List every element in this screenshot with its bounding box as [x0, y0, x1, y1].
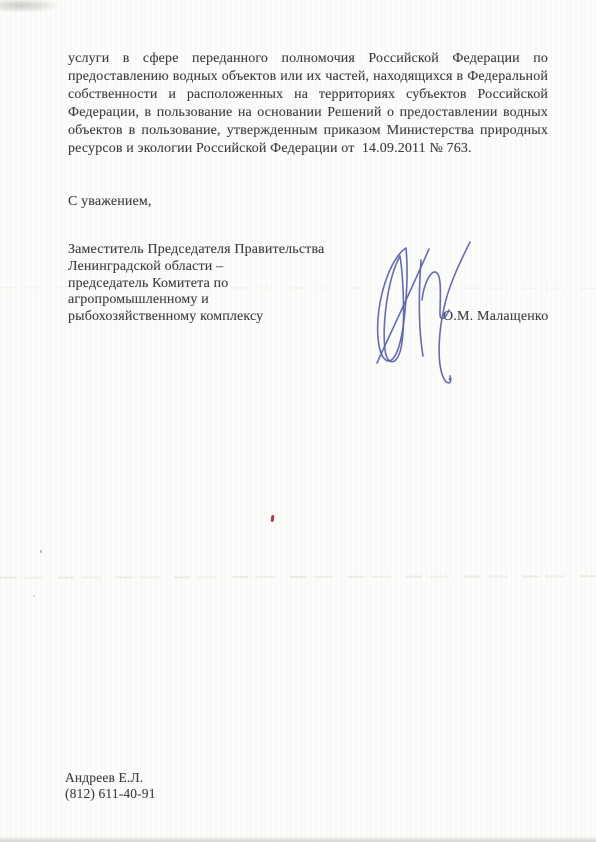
signer-title-line: Заместитель Председателя Правительства: [68, 242, 388, 259]
scan-smudge-icon: [0, 0, 58, 12]
scan-speck: [33, 595, 35, 597]
red-ink-speck: [271, 515, 275, 522]
body-line: предоставлению водных объектов или их ча…: [68, 68, 548, 86]
signer-title-line: рыбохозяйственному комплексу: [68, 309, 388, 326]
executor-phone: (812) 611-40-91: [65, 786, 156, 802]
body-line: услуги в сфере переданного полномочия Ро…: [68, 50, 548, 68]
signer-title-block: Заместитель Председателя Правительства Л…: [68, 242, 388, 326]
scan-speck: [40, 550, 42, 553]
body-line: Федерации, в пользование на основании Ре…: [68, 104, 548, 122]
signer-name: О.М. Малащенко: [443, 309, 548, 325]
body-line: объектов в пользование, утвержденным при…: [68, 122, 548, 140]
signer-title-line: председатель Комитета по: [68, 276, 388, 293]
scanned-letter-page: услуги в сфере переданного полномочия Ро…: [0, 0, 596, 842]
executor-contact-block: Андреев Е.Л. (812) 611-40-91: [65, 770, 156, 802]
letter-body: услуги в сфере переданного полномочия Ро…: [68, 50, 548, 158]
executor-name: Андреев Е.Л.: [65, 770, 156, 786]
body-line-last: ресурсов и экологии Российской Федерации…: [68, 140, 548, 158]
signer-title-line: агропромышленному и: [68, 292, 388, 309]
paper-fold-line-main: [0, 575, 596, 579]
signature-ink-dot: [449, 378, 452, 381]
scan-bottom-edge: [0, 837, 596, 842]
body-line: собственности и расположенных на террито…: [68, 86, 548, 104]
signer-title-line: Ленинградской области –: [68, 259, 388, 276]
closing-salutation: С уважением,: [68, 194, 152, 210]
